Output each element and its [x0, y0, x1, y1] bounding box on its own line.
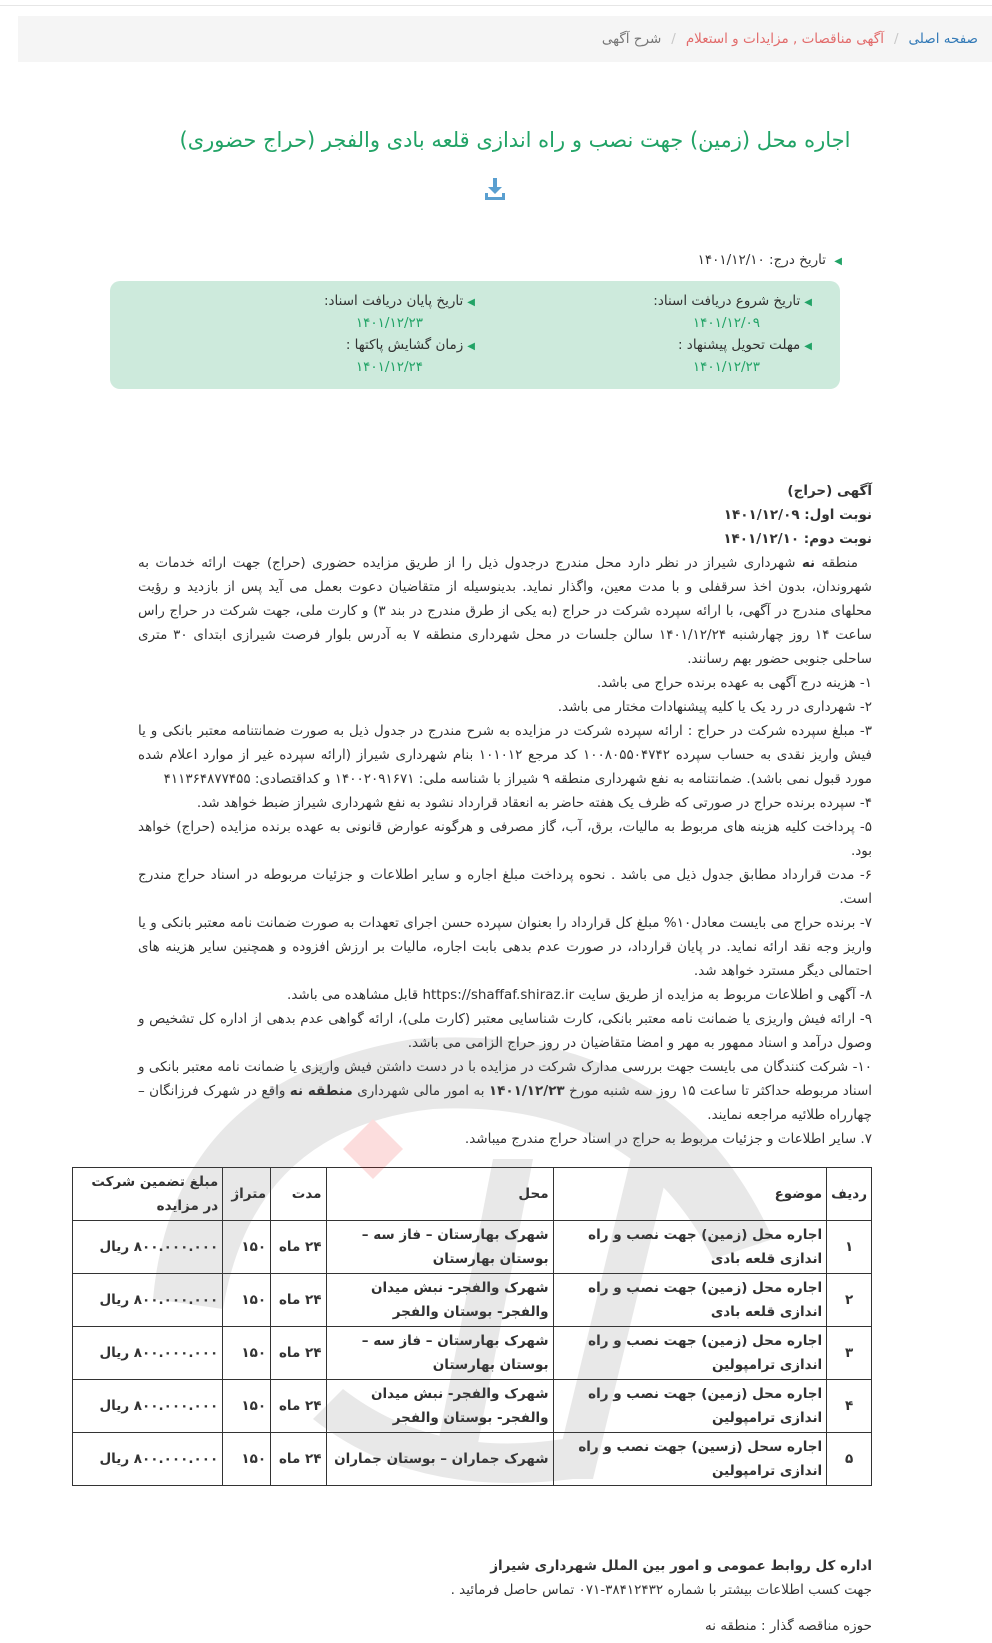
header-duration: مدت	[271, 1168, 326, 1221]
header-price: مبلغ تضمین شرکت در مزایده	[73, 1168, 223, 1221]
opening-date: ◀زمان گشایش پاکتها : ۱۴۰۱/۱۲/۲۴	[138, 337, 475, 375]
cell-duration: ۲۴ ماه	[271, 1433, 326, 1486]
triangle-bullet-icon: ◀	[804, 341, 812, 352]
ad-item: ۱- هزینه درج آگهی به عهده برنده حراج می …	[138, 671, 872, 695]
breadcrumb-home-link[interactable]: صفحه اصلی	[909, 31, 978, 47]
insert-date: ◀ تاریخ درج: ۱۴۰۱/۱۲/۱۰	[18, 252, 992, 268]
cell-row-number: ۵	[827, 1433, 872, 1486]
download-button[interactable]	[483, 176, 507, 202]
intro-lead: منطقه	[815, 555, 858, 571]
cell-duration: ۲۴ ماه	[271, 1327, 326, 1380]
start-date-value: ۱۴۰۱/۱۲/۰۹	[475, 315, 812, 331]
item10-zone: منطقه نه	[290, 1083, 353, 1099]
cell-place: شهرک والفجر- نبش میدان والفجر- بوستان وا…	[326, 1380, 553, 1433]
ad-item: ۵- پرداخت کلیه هزینه های مربوط به مالیات…	[138, 815, 872, 863]
cell-area: ۱۵۰	[223, 1221, 271, 1274]
deadline-value: ۱۴۰۱/۱۲/۲۳	[475, 359, 812, 375]
signature-contact: جهت کسب اطلاعات بیشتر با شماره ۳۸۴۱۲۴۳۲-…	[18, 1578, 872, 1602]
ad-closing: ۷. سایر اطلاعات و جزئیات مربوط به حراج د…	[138, 1127, 872, 1151]
cell-topic: اجاره محل (زمین) جهت نصب و راه اندازی تر…	[553, 1380, 827, 1433]
signature-org: اداره کل روابط عمومی و امور بین الملل شه…	[18, 1554, 872, 1578]
header-row-number: ردیف	[827, 1168, 872, 1221]
table-row: ۴ اجاره محل (زمین) جهت نصب و راه اندازی …	[73, 1380, 872, 1433]
table-row: ۲ اجاره محل (زمین) جهت نصب و راه اندازی …	[73, 1274, 872, 1327]
deadline-date: ◀مهلت تحویل پیشنهاد : ۱۴۰۱/۱۲/۲۳	[475, 337, 812, 375]
breadcrumb: صفحه اصلی / آگهی مناقصات , مزایدات و است…	[18, 16, 992, 62]
ad-item-10: ۱۰- شرکت کنندگان می بایست جهت بررسی مدار…	[138, 1055, 872, 1127]
cell-topic: اجاره محل (زمین) جهت نصب و راه اندازی قل…	[553, 1221, 827, 1274]
table-header-row: ردیف موضوع محل مدت متراژ مبلغ تضمین شرکت…	[73, 1168, 872, 1221]
cell-topic: اجاره محل (زمین) جهت نصب و راه اندازی قل…	[553, 1274, 827, 1327]
start-date-label: تاریخ شروع دریافت اسناد:	[653, 293, 800, 309]
header-place: محل	[326, 1168, 553, 1221]
end-date-value: ۱۴۰۱/۱۲/۲۳	[138, 315, 475, 331]
top-rule	[0, 0, 992, 6]
cell-price: ۸۰۰.۰۰۰.۰۰۰ ریال	[73, 1433, 223, 1486]
intro-text: شهرداری شیراز در نظر دارد محل مندرج درجد…	[138, 555, 872, 667]
cell-duration: ۲۴ ماه	[271, 1380, 326, 1433]
cell-place: شهرک والفجر- نبش میدان والفجر- بوستان وا…	[326, 1274, 553, 1327]
breadcrumb-current: شرح آگهی	[602, 31, 661, 47]
ad-item: ۹- ارائه فیش واریزی یا ضمانت نامه معتبر …	[138, 1007, 872, 1055]
cell-duration: ۲۴ ماه	[271, 1221, 326, 1274]
cell-row-number: ۴	[827, 1380, 872, 1433]
second-round: نوبت دوم: ۱۴۰۱/۱۲/۱۰	[138, 527, 872, 551]
cell-price: ۸۰۰.۰۰۰.۰۰۰ ریال	[73, 1327, 223, 1380]
intro-zone: نه	[802, 555, 815, 571]
insert-date-value: ۱۴۰۱/۱۲/۱۰	[698, 252, 765, 268]
cell-price: ۸۰۰.۰۰۰.۰۰۰ ریال	[73, 1380, 223, 1433]
ad-item: ۶- مدت قرارداد مطابق جدول ذیل می باشد . …	[138, 863, 872, 911]
download-icon	[483, 176, 507, 202]
ad-item: ۷- برنده حراج می بایست معادل۱۰% مبلغ کل …	[138, 911, 872, 983]
breadcrumb-separator: /	[894, 31, 899, 47]
ad-item: ۸- آگهی و اطلاعات مربوط به مزایده از طری…	[138, 983, 872, 1007]
end-date: ◀تاریخ پایان دریافت اسناد: ۱۴۰۱/۱۲/۲۳	[138, 293, 475, 331]
end-date-label: تاریخ پایان دریافت اسناد:	[324, 293, 463, 309]
ad-item: ۴- سپرده برنده حراج در صورتی که ظرف یک ه…	[138, 791, 872, 815]
cell-place: شهرک جماران – بوستان جماران	[326, 1433, 553, 1486]
ad-heading: آگهی (حراج)	[138, 479, 872, 503]
cell-price: ۸۰۰.۰۰۰.۰۰۰ ریال	[73, 1221, 223, 1274]
signature-block: اداره کل روابط عمومی و امور بین الملل شه…	[18, 1554, 992, 1638]
cell-price: ۸۰۰.۰۰۰.۰۰۰ ریال	[73, 1274, 223, 1327]
ad-body: آگهی (حراج) نوبت اول: ۱۴۰۱/۱۲/۰۹ نوبت دو…	[18, 479, 992, 1151]
opening-label: زمان گشایش پاکتها :	[346, 337, 463, 353]
cell-topic: اجاره سحل (زسین) جهت نصب و راه اندازی تر…	[553, 1433, 827, 1486]
triangle-bullet-icon: ◀	[467, 341, 475, 352]
cell-row-number: ۳	[827, 1327, 872, 1380]
table-row: ۳ اجاره محل (زمین) جهت نصب و راه اندازی …	[73, 1327, 872, 1380]
signature-zone: حوزه مناقصه گذار : منطقه نه	[18, 1614, 872, 1638]
ad-intro: منطقه نه شهرداری شیراز در نظر دارد محل م…	[138, 551, 872, 671]
cell-place: شهرک بهارستان – فاز سه – بوستان بهارستان	[326, 1327, 553, 1380]
items-table: ردیف موضوع محل مدت متراژ مبلغ تضمین شرکت…	[72, 1167, 872, 1486]
header-area: متراژ	[223, 1168, 271, 1221]
cell-duration: ۲۴ ماه	[271, 1274, 326, 1327]
cell-topic: اجاره محل (زمین) جهت نصب و راه اندازی تر…	[553, 1327, 827, 1380]
cell-area: ۱۵۰	[223, 1274, 271, 1327]
cell-place: شهرک بهارستان – فاز سه – بوستان بهارستان	[326, 1221, 553, 1274]
triangle-bullet-icon: ◀	[834, 256, 842, 267]
table-row: ۵ اجاره سحل (زسین) جهت نصب و راه اندازی …	[73, 1433, 872, 1486]
main-content: اجاره محل (زمین) جهت نصب و راه اندازی قل…	[18, 128, 992, 1638]
triangle-bullet-icon: ◀	[467, 297, 475, 308]
deadline-label: مهلت تحویل پیشنهاد :	[678, 337, 800, 353]
item10-date: ۱۴۰۱/۱۲/۲۳	[489, 1083, 565, 1099]
page-title: اجاره محل (زمین) جهت نصب و راه اندازی قل…	[18, 128, 992, 152]
opening-value: ۱۴۰۱/۱۲/۲۴	[138, 359, 475, 375]
start-date: ◀تاریخ شروع دریافت اسناد: ۱۴۰۱/۱۲/۰۹	[475, 293, 812, 331]
dates-panel: ◀تاریخ شروع دریافت اسناد: ۱۴۰۱/۱۲/۰۹ ◀تا…	[110, 281, 840, 389]
table-row: ۱ اجاره محل (زمین) جهت نصب و راه اندازی …	[73, 1221, 872, 1274]
cell-area: ۱۵۰	[223, 1433, 271, 1486]
ad-item: ۳- مبلغ سپرده شرکت در حراج : ارائه سپرده…	[138, 719, 872, 791]
item10-text: به امور مالی شهرداری	[353, 1083, 489, 1099]
cell-row-number: ۲	[827, 1274, 872, 1327]
cell-row-number: ۱	[827, 1221, 872, 1274]
header-topic: موضوع	[553, 1168, 827, 1221]
breadcrumb-section-link[interactable]: آگهی مناقصات , مزایدات و استعلام	[686, 31, 884, 47]
breadcrumb-separator: /	[671, 31, 676, 47]
ad-item: ۲- شهرداری در رد یک یا کلیه پیشنهادات مخ…	[138, 695, 872, 719]
cell-area: ۱۵۰	[223, 1380, 271, 1433]
cell-area: ۱۵۰	[223, 1327, 271, 1380]
first-round: نوبت اول: ۱۴۰۱/۱۲/۰۹	[138, 503, 872, 527]
insert-date-label: تاریخ درج:	[769, 252, 826, 268]
triangle-bullet-icon: ◀	[804, 297, 812, 308]
